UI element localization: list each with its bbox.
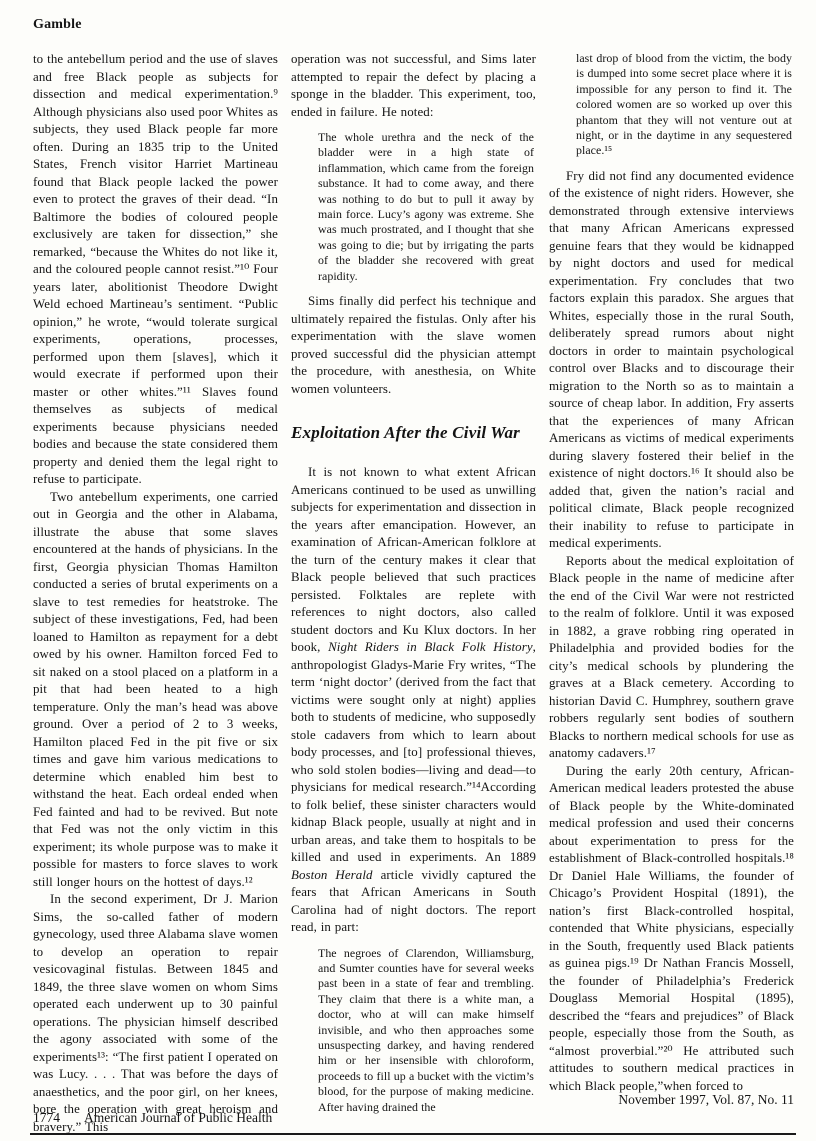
running-head-author: Gamble (33, 17, 82, 33)
paragraph: Two antebellum experiments, one carried … (33, 489, 278, 892)
column-3: last drop of blood from the victim, the … (549, 51, 794, 1136)
column-2: operation was not successful, and Sims l… (291, 51, 536, 1136)
paragraph: In the second experiment, Dr J. Marion S… (33, 891, 278, 1136)
journal-name: American Journal of Public Health (84, 1110, 272, 1125)
paragraph: During the early 20th century, African-A… (549, 763, 794, 1096)
paragraph: Fry did not find any documented evidence… (549, 168, 794, 553)
block-quote-sims: The whole urethra and the neck of the bl… (318, 130, 534, 284)
section-heading: Exploitation After the Civil War (291, 423, 536, 443)
paragraph: It is not known to what extent African A… (291, 464, 536, 937)
column-1: to the antebellum period and the use of … (33, 51, 278, 1136)
paragraph: Reports about the medical exploitation o… (549, 553, 794, 763)
block-quote-continuation: last drop of blood from the victim, the … (576, 51, 792, 159)
paragraph: Sims finally did perfect his technique a… (291, 293, 536, 398)
paragraph-continuation: to the antebellum period and the use of … (33, 51, 278, 489)
article-body: to the antebellum period and the use of … (33, 51, 794, 1136)
issue-info: November 1997, Vol. 87, No. 11 (618, 1092, 794, 1108)
block-quote-boston-herald: The negroes of Clarendon, Williamsburg, … (318, 946, 534, 1115)
footer-left: 1774American Journal of Public Health (33, 1110, 272, 1126)
journal-page: Gamble to the antebellum period and the … (0, 0, 816, 1141)
bottom-rule (30, 1133, 796, 1135)
paragraph-continuation: operation was not successful, and Sims l… (291, 51, 536, 121)
page-number: 1774 (33, 1110, 60, 1125)
